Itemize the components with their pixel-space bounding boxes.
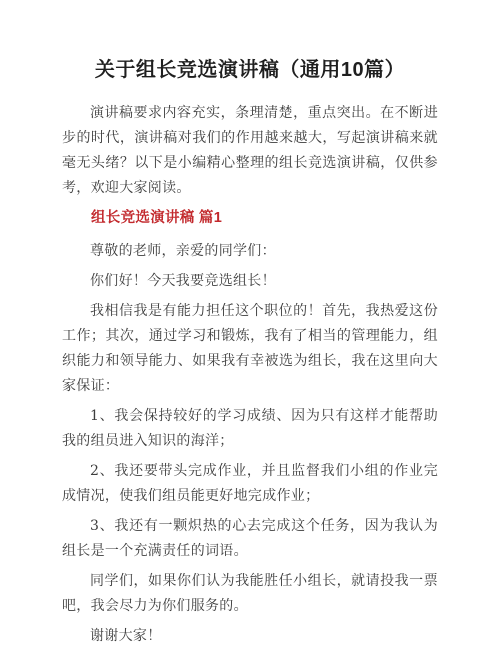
promise-item-2: 2、我还要带头完成作业，并且监督我们小组的作业完成情况，使我们组员能更好地完成作…	[62, 459, 438, 509]
document-title: 关于组长竞选演讲稿（通用10篇）	[62, 56, 438, 84]
thanks-paragraph: 谢谢大家！	[62, 624, 438, 647]
greeting-paragraph: 你们好！今天我要竞选组长！	[62, 269, 438, 294]
document-page: 关于组长竞选演讲稿（通用10篇） 演讲稿要求内容充实，条理清楚，重点突出。在不断…	[0, 0, 500, 647]
section-heading-part1: 组长竞选演讲稿 篇1	[62, 206, 438, 231]
qualification-paragraph: 我相信我是有能力担任这个职位的！首先，我热爱这份工作；其次，通过学习和锻炼，我有…	[62, 299, 438, 399]
intro-paragraph: 演讲稿要求内容充实，条理清楚，重点突出。在不断进步的时代，演讲稿对我们的作用越来…	[62, 101, 438, 201]
appeal-paragraph: 同学们，如果你们认为我能胜任小组长，就请投我一票吧，我会尽力为你们服务的。	[62, 569, 438, 619]
salutation-paragraph: 尊敬的老师，亲爱的同学们：	[62, 239, 438, 264]
promise-item-3: 3、我还有一颗炽热的心去完成这个任务，因为我认为组长是一个充满责任的词语。	[62, 514, 438, 564]
promise-item-1: 1、我会保持较好的学习成绩、因为只有这样才能帮助我的组员进入知识的海洋；	[62, 404, 438, 454]
